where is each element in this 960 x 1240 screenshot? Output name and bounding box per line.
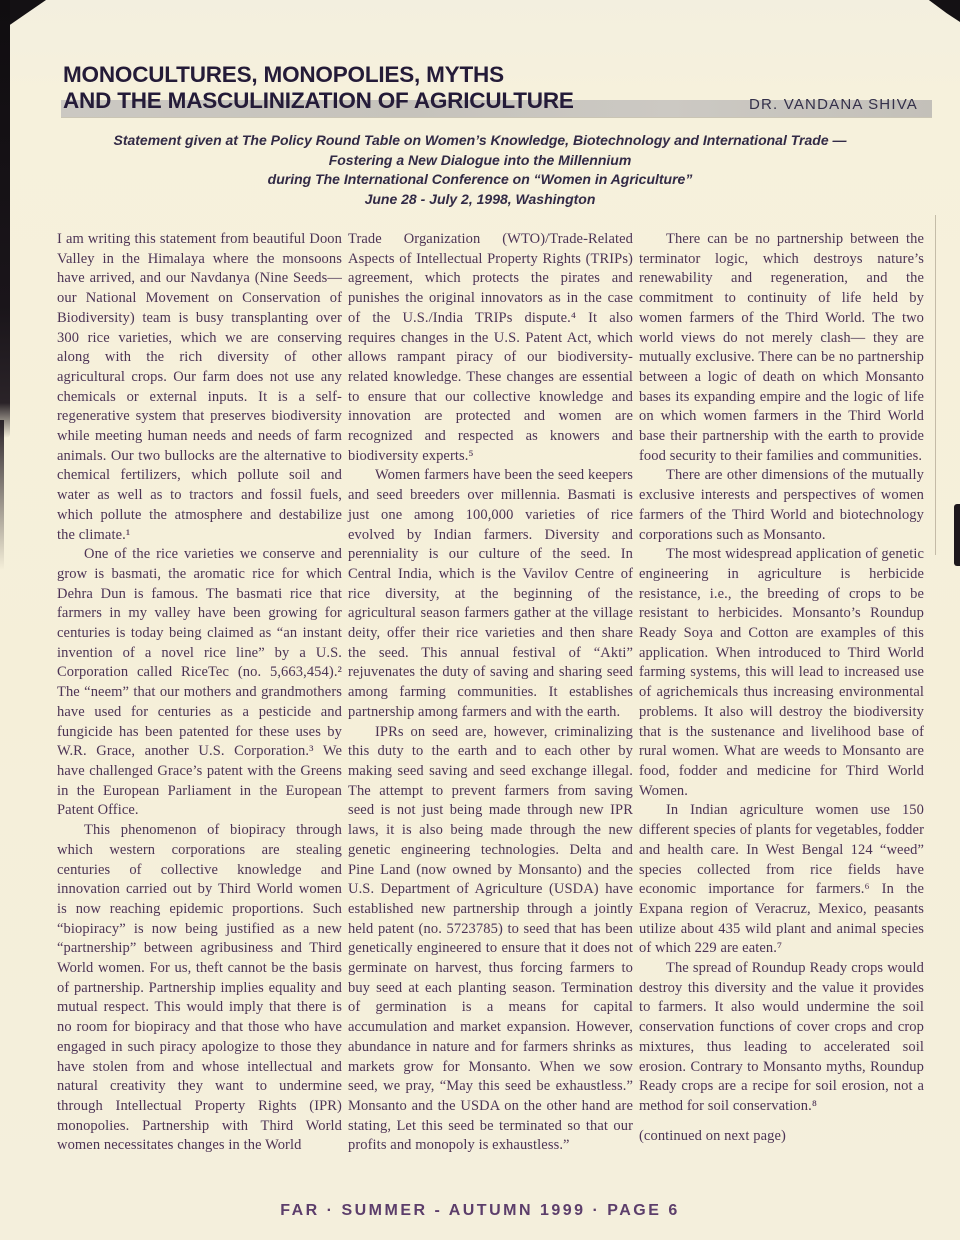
column-3: There can be no partnership between the … — [639, 230, 924, 1156]
subtitle-line-3: during The International Conference on “… — [0, 170, 960, 190]
article-title-row2: AND THE MASCULINIZATION OF AGRICULTURE D… — [63, 88, 918, 114]
subtitle-line-4: June 28 - July 2, 1998, Washington — [0, 190, 960, 210]
subtitle-line-2: Fostering a New Dialogue into the Millen… — [0, 151, 960, 171]
paragraph: The spread of Roundup Ready crops would … — [639, 959, 924, 1117]
article-title-line1: MONOCULTURES, MONOPOLIES, MYTHS — [63, 62, 918, 88]
paragraph: IPRs on seed are, however, criminalizing… — [348, 723, 633, 1156]
paragraph: I am writing this statement from beautif… — [57, 230, 342, 545]
scanned-article-page: MONOCULTURES, MONOPOLIES, MYTHS AND THE … — [0, 0, 960, 1240]
scan-line-artifact-right — [935, 215, 936, 555]
paragraph: This phenomenon of biopiracy through whi… — [57, 821, 342, 1156]
paragraph: In Indian agriculture women use 150 diff… — [639, 801, 924, 959]
column-2: Trade Organization (WTO)/Trade-Related A… — [348, 230, 633, 1156]
column-1: I am writing this statement from beautif… — [57, 230, 342, 1156]
statement-subtitle: Statement given at The Policy Round Tabl… — [0, 131, 960, 209]
paragraph: Trade Organization (WTO)/Trade-Related A… — [348, 230, 633, 466]
paragraph: The most widespread application of genet… — [639, 545, 924, 801]
author-byline: DR. VANDANA SHIVA — [749, 96, 918, 114]
paragraph: There can be no partnership between the … — [639, 230, 924, 466]
article-header: MONOCULTURES, MONOPOLIES, MYTHS AND THE … — [0, 0, 960, 114]
paragraph: There are other dimensions of the mutual… — [639, 466, 924, 545]
scan-edge-artifact-right — [954, 504, 960, 566]
article-body: I am writing this statement from beautif… — [0, 209, 960, 1156]
article-title-line2: AND THE MASCULINIZATION OF AGRICULTURE — [63, 88, 574, 114]
subtitle-line-1: Statement given at The Policy Round Tabl… — [0, 131, 960, 151]
continued-note: (continued on next page) — [639, 1127, 924, 1147]
page-footer: FAR · SUMMER - AUTUMN 1999 · PAGE 6 — [0, 1202, 960, 1220]
paragraph: Women farmers have been the seed keepers… — [348, 466, 633, 722]
paragraph: One of the rice varieties we conserve an… — [57, 545, 342, 821]
scan-edge-artifact-left-thin — [0, 420, 4, 570]
